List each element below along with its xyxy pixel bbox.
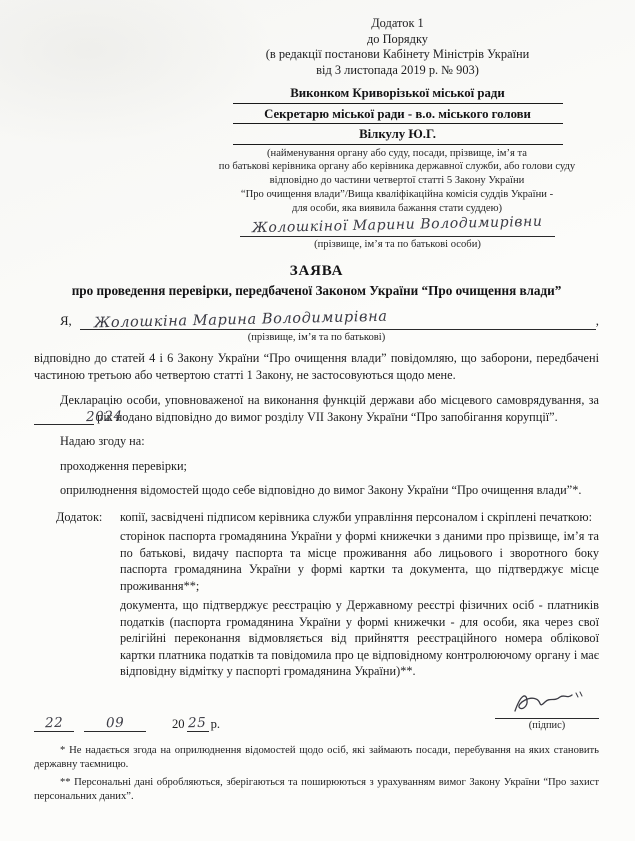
declarant-name-caption: (прізвище, ім’я та по батькові)	[34, 331, 599, 344]
applicant-name-handwritten-field: Жолошкіної Марини Володимирівни (прізвищ…	[200, 216, 595, 251]
addressee-organization: Виконком Криворізької міської ради	[233, 85, 563, 104]
year-label: р.	[211, 716, 220, 733]
declaration-year-field: 2024	[34, 410, 94, 425]
signature-caption: (підпис)	[495, 719, 599, 732]
addressee-explanation-line: відповідно до частини четвертої статті 5…	[194, 174, 600, 188]
declaration-text-after: рік подано відповідно до вимог розділу V…	[97, 410, 558, 424]
declaration-paragraph: Декларацію особи, уповноваженої на викон…	[34, 392, 599, 425]
statement-paragraph: відповідно до статей 4 і 6 Закону Україн…	[34, 350, 599, 383]
year-prefix: 20	[172, 716, 185, 733]
addressee-block: Виконком Криворізької міської ради Секре…	[200, 85, 595, 145]
trailing-comma: ,	[596, 313, 599, 331]
date-year-field: 25	[187, 715, 209, 733]
date-year-group: 2025 р.	[172, 715, 220, 733]
appendix-line: (в редакції постанови Кабінету Міністрів…	[200, 47, 595, 63]
signature-line	[495, 690, 599, 720]
declarant-name-row: Я, Жолошкіна Марина Володимирівна ,	[60, 311, 599, 330]
attachment-body: копії, засвідчені підписом керівника слу…	[120, 509, 599, 680]
signature-block: (підпис)	[495, 690, 599, 733]
declaration-text-before: Декларацію особи, уповноваженої на викон…	[60, 393, 599, 407]
addressee-position: Секретарю міської ради - в.о. міського г…	[233, 106, 563, 125]
consent-item-publication: оприлюднення відомостей щодо себе відпов…	[34, 482, 599, 499]
attachment-item-tax-registration: документа, що підтверджує реєстрацію у Д…	[120, 597, 599, 680]
footnote-personal-data: ** Персональні дані обробляються, зберіг…	[34, 776, 599, 803]
attachment-label: Додаток:	[56, 509, 120, 680]
date-day-field: 22	[34, 715, 74, 733]
attachment-item-passport: сторінок паспорта громадянина України у …	[120, 528, 599, 594]
appendix-header: Додаток 1 до Порядку (в редакції постано…	[200, 16, 595, 78]
attachment-intro: копії, засвідчені підписом керівника слу…	[120, 509, 599, 526]
addressee-person: Вілкулу Ю.Г.	[233, 126, 563, 145]
scanned-document-page: Додаток 1 до Порядку (в редакції постано…	[0, 0, 635, 841]
addressee-explanation-line: “Про очищення влади”/Вища кваліфікаційна…	[194, 188, 600, 202]
appendix-line: від 3 листопада 2019 р. № 903)	[200, 63, 595, 79]
applicant-name-caption: (прізвище, ім’я та по батькові особи)	[200, 238, 595, 251]
document-title: ЗАЯВА	[34, 263, 599, 280]
handwritten-month: 09	[106, 716, 125, 731]
footnotes: * Не надається згода на оприлюднення від…	[34, 744, 599, 803]
addressee-explanation-line: по батькові керівника органу або керівни…	[194, 160, 600, 174]
date-signature-row: 22 09 2025 р. (підпис)	[34, 690, 599, 733]
handwritten-year: 2024	[60, 409, 123, 424]
handwritten-declarant-name: Жолошкіна Марина Володимирівна	[94, 308, 388, 333]
attachment-section: Додаток: копії, засвідчені підписом кері…	[34, 509, 599, 680]
appendix-line: до Порядку	[200, 32, 595, 48]
appendix-line: Додаток 1	[200, 16, 595, 32]
handwritten-year-suffix: 25	[188, 716, 207, 731]
consent-item-verification: проходження перевірки;	[34, 458, 599, 475]
handwritten-name-genitive: Жолошкіної Марини Володимирівни	[252, 213, 543, 238]
document-subtitle: про проведення перевірки, передбаченої З…	[34, 282, 599, 299]
document-body: Я, Жолошкіна Марина Володимирівна , (прі…	[34, 311, 599, 803]
declarant-name-field: Жолошкіна Марина Володимирівна	[80, 311, 596, 330]
date-month-field: 09	[84, 715, 146, 733]
i-label: Я,	[60, 313, 80, 331]
footnote-state-secret: * Не надається згода на оприлюднення від…	[34, 744, 599, 771]
date-group: 22 09 2025 р.	[34, 715, 220, 733]
consent-intro: Надаю згоду на:	[34, 433, 599, 450]
handwritten-day: 22	[45, 716, 64, 731]
addressee-explanation: (найменування органу або суду, посади, п…	[194, 147, 600, 216]
signature-scribble-icon	[509, 690, 585, 714]
addressee-explanation-line: (найменування органу або суду, посади, п…	[194, 147, 600, 161]
